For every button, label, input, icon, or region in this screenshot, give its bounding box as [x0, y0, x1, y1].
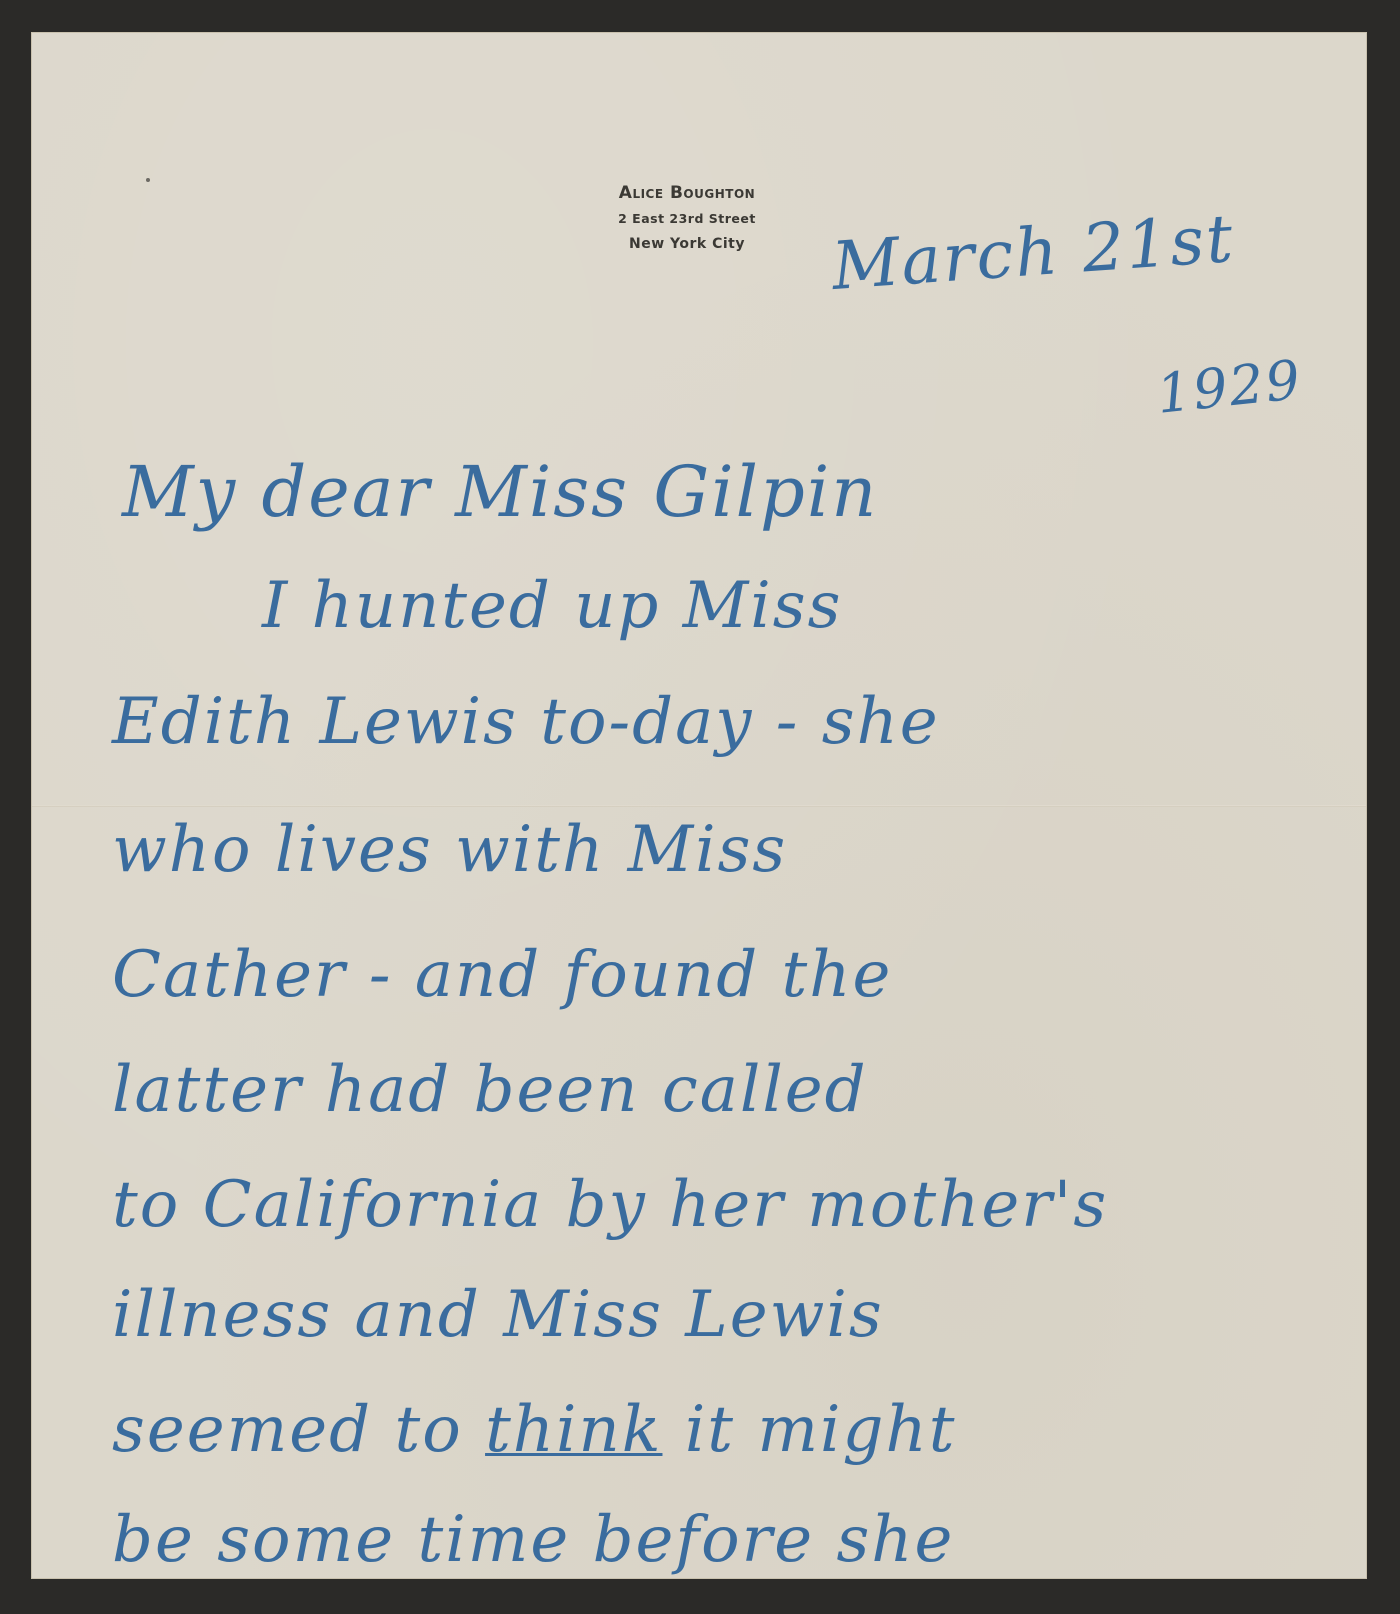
body-line: Edith Lewis to-day - she: [112, 685, 940, 759]
body-line: be some time before she: [112, 1503, 954, 1577]
body-line: illness and Miss Lewis: [112, 1278, 884, 1352]
fold-crease: [32, 805, 1366, 807]
letterhead: Alice Boughton 2 East 23rd Street New Yo…: [552, 181, 822, 255]
body-line: latter had been called: [112, 1053, 868, 1127]
letterhead-name: Alice Boughton: [552, 181, 822, 205]
letter-page: Alice Boughton 2 East 23rd Street New Yo…: [32, 33, 1366, 1578]
paper-speck: [146, 178, 150, 182]
letter-year: 1929: [1154, 348, 1305, 426]
body-line: Cather - and found the: [112, 938, 892, 1012]
salutation: My dear Miss Gilpin: [122, 451, 878, 533]
letterhead-address: 2 East 23rd Street: [552, 205, 822, 233]
body-line: who lives with Miss: [112, 813, 787, 887]
body-line: to California by her mother's: [112, 1168, 1108, 1242]
letter-date: March 21st: [829, 200, 1237, 305]
body-line: I hunted up Miss: [262, 569, 842, 643]
underlined-word: think: [485, 1393, 662, 1467]
letterhead-city: New York City: [552, 233, 822, 255]
body-line: seemed to think it might: [112, 1393, 956, 1467]
